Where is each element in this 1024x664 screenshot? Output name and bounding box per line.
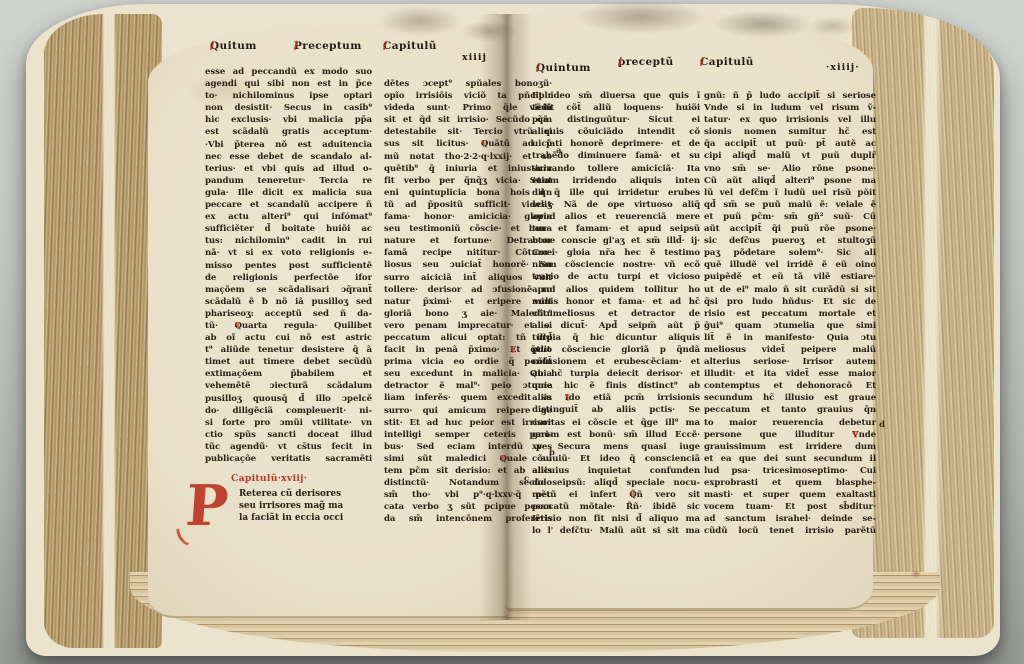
running-head-word: Capitulũ	[700, 56, 754, 68]
text-column-right-1: Et ideo sm̃ diuersa que quis ĩtẽdit cõt̃…	[532, 90, 700, 537]
running-head-word: preceptũ	[618, 56, 674, 68]
running-head-left-2: Preceptum	[294, 40, 362, 52]
folio-number-right: ·xiiij·	[826, 62, 860, 73]
text-column-left-2: dẽtes ɔcept⁹ spũales bonoʒũ·opĩo irrisiõ…	[384, 78, 552, 525]
running-head-word: Quitum	[210, 40, 257, 52]
margin-letter: b	[549, 448, 555, 458]
margin-letter: c	[524, 474, 529, 484]
running-head-right-2: preceptũ	[618, 56, 674, 68]
chapter-opening-lines: Reterea cũ derisoresseu irrisores mag̃ m…	[239, 488, 374, 524]
running-head-left: Quitum	[210, 40, 257, 52]
left-fore-edge	[44, 14, 162, 648]
text-column-right-2: gnũ: ñ p̃ ludo accipit̃ si serioseVnde s…	[704, 90, 876, 537]
running-head-right-3: Capitulũ	[700, 56, 754, 68]
text-column-left-1: esse ad peccandũ ex modo suoagendi qui s…	[205, 66, 372, 465]
margin-letter: d	[879, 420, 885, 430]
folio-number-left: xiiij	[462, 52, 487, 63]
chapter-rubric: Capitulũ·xviij·	[231, 473, 307, 484]
margin-letter: a	[556, 146, 562, 156]
photo-backdrop: Quitum Preceptum Capitulũ xiiij Quintum …	[0, 0, 1024, 664]
running-head-word: Preceptum	[294, 40, 362, 52]
running-head-word: Quintum	[536, 62, 591, 74]
running-head-right: Quintum	[536, 62, 591, 74]
running-head-left-3: Capitulũ	[383, 40, 437, 52]
chapter-initial: P	[184, 482, 229, 530]
running-head-word: Capitulũ	[383, 40, 437, 52]
